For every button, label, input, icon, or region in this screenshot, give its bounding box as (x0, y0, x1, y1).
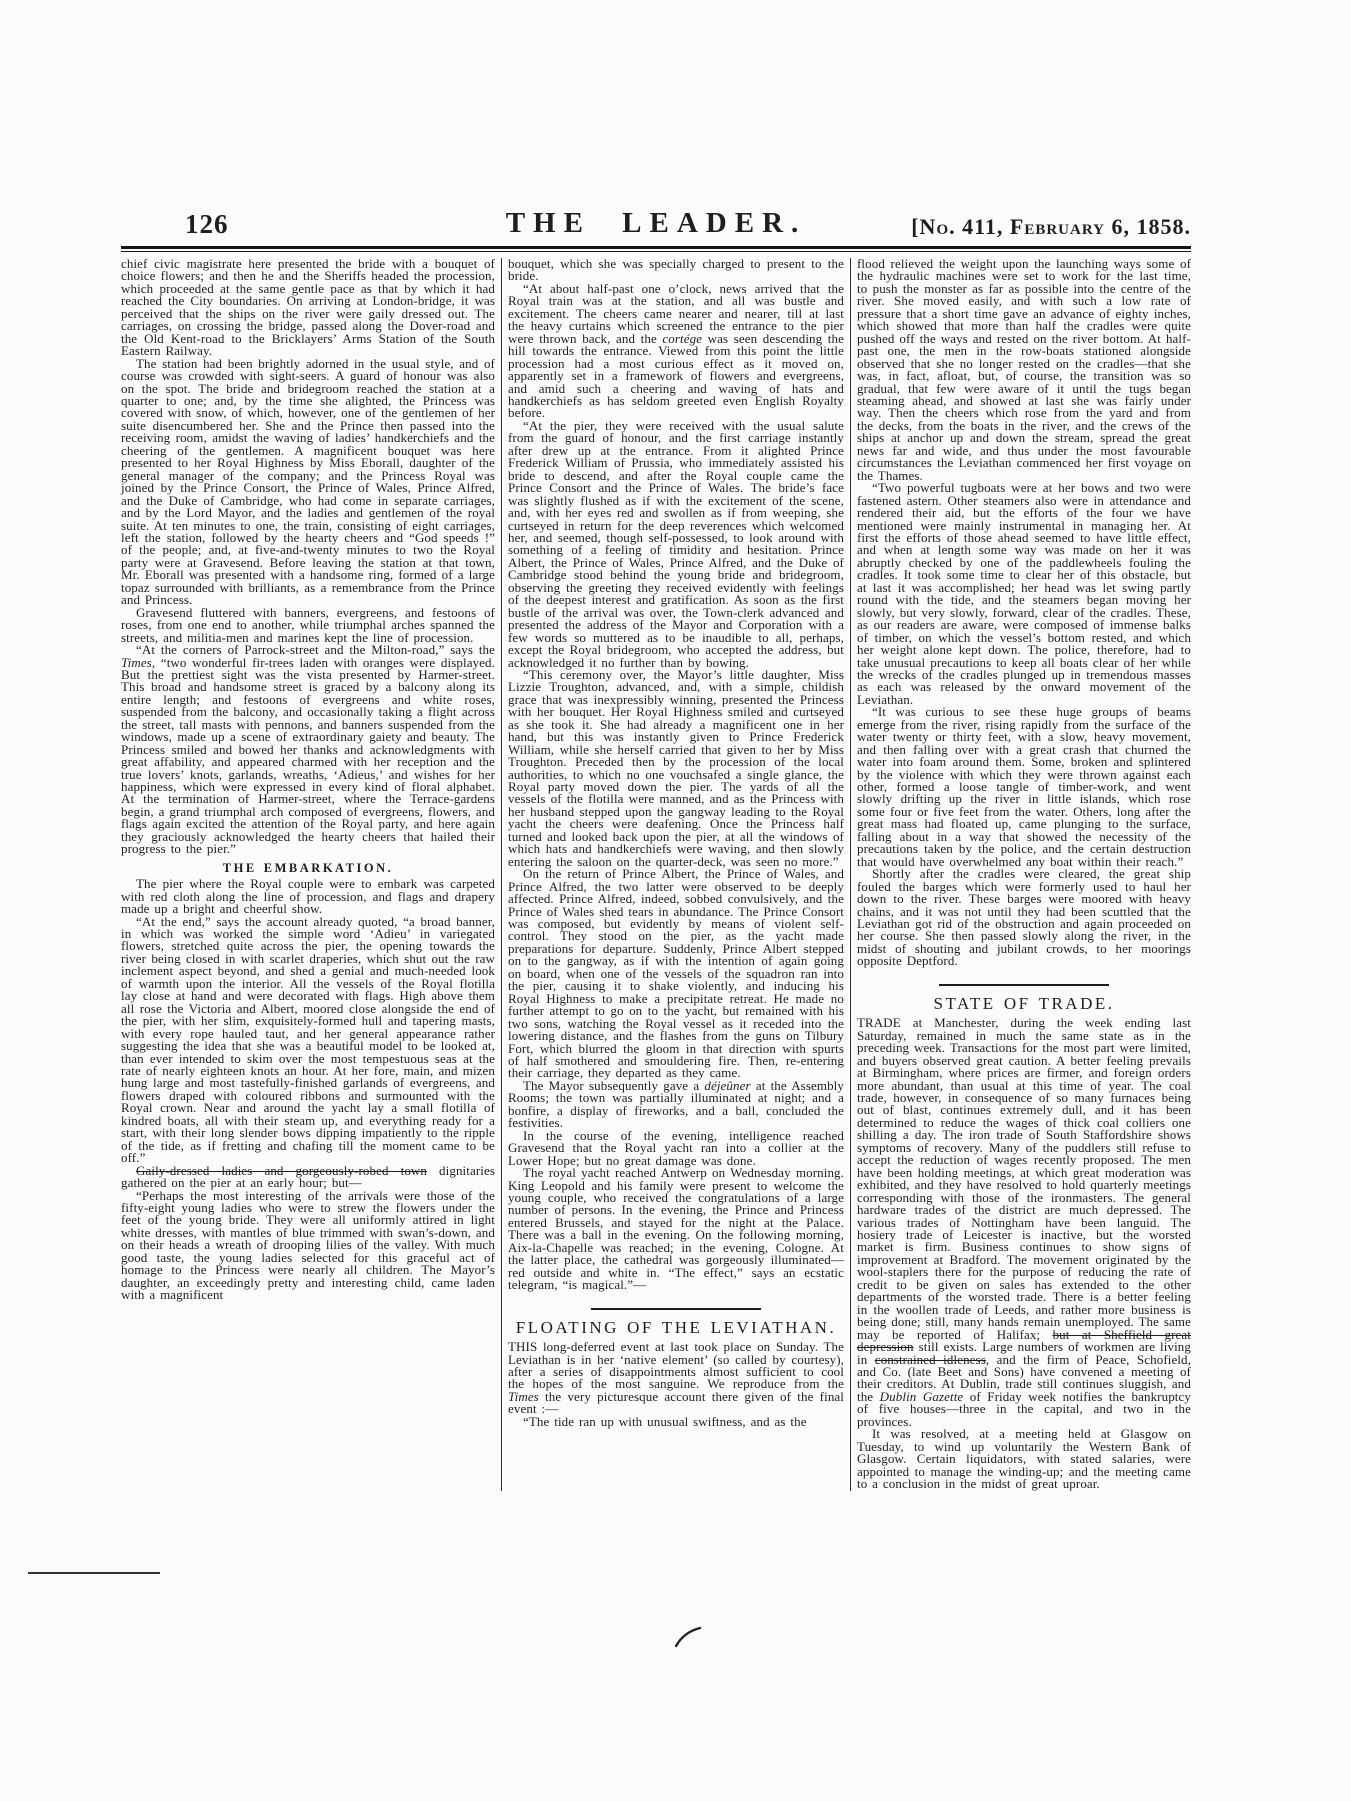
paragraph: “Perhaps the most interesting of the arr… (121, 1190, 495, 1302)
paragraph: Shortly after the cradles were cleared, … (857, 868, 1191, 968)
divider-rule (939, 984, 1109, 986)
article-heading: FLOATING OF THE LEVIATHAN. (508, 1322, 844, 1334)
page-header: 126 THE LEADER. [No. 411, February 6, 18… (121, 198, 1191, 242)
pen-mark-artifact (674, 1626, 708, 1650)
paragraph: “At the pier, they were received with th… (508, 420, 844, 669)
paragraph: TRADE at Manchester, during the week end… (857, 1017, 1191, 1428)
paragraph: The Mayor subsequently gave a déjeûner a… (508, 1080, 844, 1130)
page-content: 126 THE LEADER. [No. 411, February 6, 18… (121, 198, 1191, 1491)
paragraph: Gaily-dressed ladies and gorgeously-robe… (121, 1165, 495, 1190)
paragraph: The pier where the Royal couple were to … (121, 878, 495, 915)
paragraph: The royal yacht reached Antwerp on Wedne… (508, 1167, 844, 1292)
paragraph: “It was curious to see these huge groups… (857, 706, 1191, 868)
column-3: flood relieved the weight upon the launc… (857, 258, 1191, 1491)
paragraph: “At about half-past one o’clock, news ar… (508, 283, 844, 420)
paragraph: “Two powerful tugboats were at her bows … (857, 482, 1191, 706)
paragraph: The station had been brightly adorned in… (121, 358, 495, 607)
column-1: chief civic magistrate here presented th… (121, 258, 495, 1491)
scan-artifact-line (28, 1572, 160, 1574)
newspaper-page: 126 THE LEADER. [No. 411, February 6, 18… (0, 0, 1351, 1801)
columns: chief civic magistrate here presented th… (121, 258, 1191, 1491)
section-heading: THE EMBARKATION. (121, 862, 495, 874)
paragraph: chief civic magistrate here presented th… (121, 258, 495, 358)
divider-rule (591, 1308, 761, 1310)
column-2: bouquet, which she was specially charged… (508, 258, 844, 1491)
paragraph: “The tide ran up with unusual swiftness,… (508, 1416, 844, 1428)
paragraph: flood relieved the weight upon the launc… (857, 258, 1191, 482)
paragraph: THIS long-deferred event at last took pl… (508, 1341, 844, 1416)
issue-info: [No. 411, February 6, 1858. (911, 214, 1191, 240)
paragraph: Gravesend fluttered with banners, evergr… (121, 607, 495, 644)
paragraph: “At the corners of Parrock-street and th… (121, 644, 495, 856)
paragraph: In the course of the evening, intelligen… (508, 1130, 844, 1167)
paragraph: bouquet, which she was specially charged… (508, 258, 844, 283)
header-double-rule (121, 246, 1191, 252)
paragraph: On the return of Prince Albert, the Prin… (508, 868, 844, 1080)
article-heading: STATE OF TRADE. (857, 998, 1191, 1010)
paragraph: “This ceremony over, the Mayor’s little … (508, 669, 844, 868)
paragraph: “At the end,” says the account already q… (121, 916, 495, 1165)
paragraph: It was resolved, at a meeting held at Gl… (857, 1428, 1191, 1490)
